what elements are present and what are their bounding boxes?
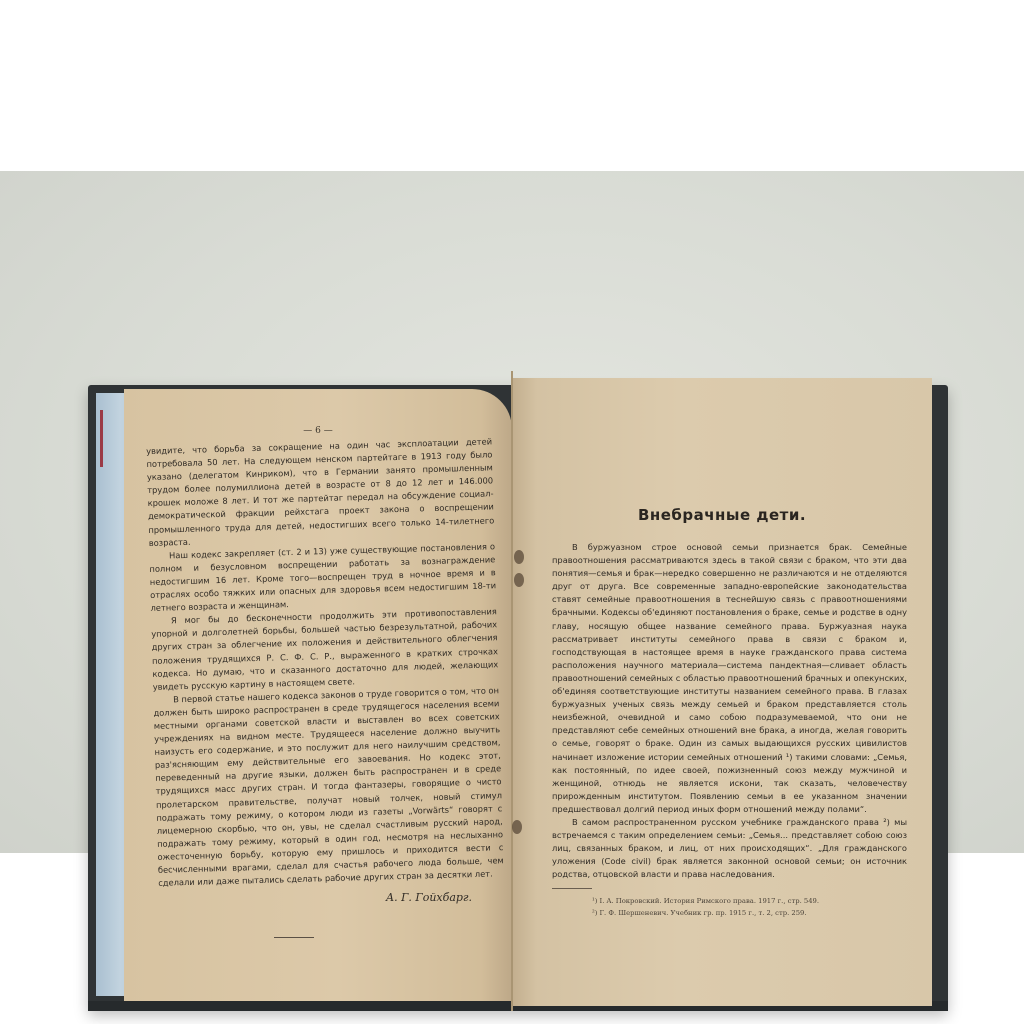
page-number: — 6 — [124,426,512,436]
left-page-text: увидите, что борьба за сокращение на оди… [146,435,504,890]
chapter-heading: Внебрачные дети. [512,506,932,524]
footnotes: ¹) I. A. Покровский. История Римского пр… [592,895,819,919]
book-photo: — 6 — увидите, что борьба за сокращение … [0,171,1024,853]
paragraph: Наш кодекс закрепляет (ст. 2 и 13) уже с… [149,540,497,615]
bookmark-ribbon [100,410,103,467]
paragraph: В первой статье нашего кодекса законов о… [153,684,504,890]
paragraph: В самом распространенном русском учебник… [552,816,907,881]
stain-mark [512,820,522,834]
footnote: ¹) I. A. Покровский. История Римского пр… [592,895,819,907]
footnote-rule [552,888,592,889]
author-signature: А. Г. Гойхбарг. [386,891,472,904]
spine-gutter [511,371,513,1011]
stain-mark [514,573,524,587]
footnote: ²) Г. Ф. Шершеневич. Учебник гр. пр. 191… [592,907,819,919]
stain-mark [514,550,524,564]
end-rule [274,937,314,938]
right-page-text: В буржуазном строе основой семьи признае… [552,541,907,881]
paragraph: В буржуазном строе основой семьи признае… [552,541,907,816]
right-page: Внебрачные дети. В буржуазном строе осно… [512,378,932,1006]
left-page: — 6 — увидите, что борьба за сокращение … [124,389,512,1001]
paragraph: Я мог бы до бесконечности продолжить эти… [151,605,499,693]
paragraph: увидите, что борьба за сокращение на оди… [146,435,495,549]
